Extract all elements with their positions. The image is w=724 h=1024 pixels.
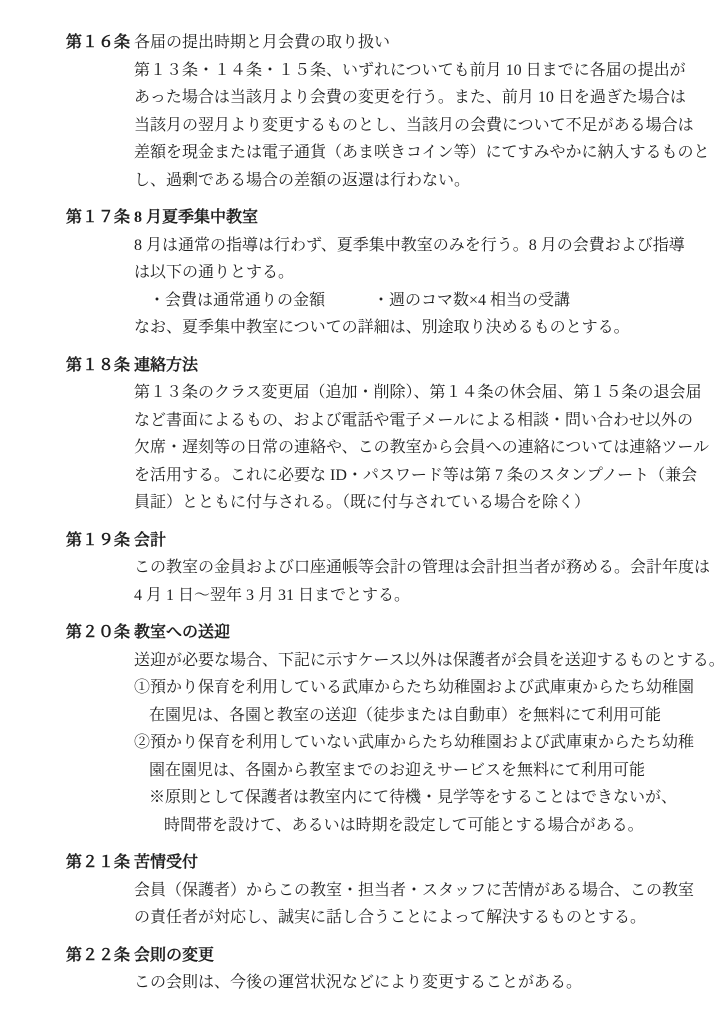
body-line: 差額を現金または電子通貨（あま咲きコイン等）にてすみやかに納入するものと <box>134 139 670 167</box>
document-page: 第１６条 各届の提出時期と月会費の取り扱い 第１３条・１４条・１５条、いずれにつ… <box>0 0 724 1024</box>
article-number: 第２０条 <box>66 619 134 839</box>
body-line: 時間帯を設けて、あるいは時期を設定して可能とする場合がある。 <box>134 812 670 840</box>
body-line: あった場合は当該月より会費の変更を行う。また、前月 10 日を過ぎた場合は <box>134 84 670 112</box>
article-number: 第１９条 <box>66 527 134 610</box>
article-title: 苦情受付 <box>134 849 670 877</box>
body-line: 当該月の翌月より変更するものとし、当該月の会費について不足がある場合は <box>134 112 670 140</box>
body-line-note: ※原則として保護者は教室内にて待機・見学等をすることはできないが、 <box>134 784 670 812</box>
body-line: 園在園児は、各園から教室までのお迎えサービスを無料にて利用可能 <box>134 757 670 785</box>
body-line: 4 月 1 日～翌年 3 月 31 日までとする。 <box>134 582 670 610</box>
body-line: 員証）とともに付与される。（既に付与されている場合を除く） <box>134 489 670 517</box>
article-body: 各届の提出時期と月会費の取り扱い 第１３条・１４条・１５条、いずれについても前月… <box>134 29 670 194</box>
article-21: 第２１条 苦情受付 会員（保護者）からこの教室・担当者・スタッフに苦情がある場合… <box>66 849 670 932</box>
article-body: 教室への送迎 送迎が必要な場合、下記に示すケース以外は保護者が会員を送迎するもの… <box>134 619 670 839</box>
body-line: 送迎が必要な場合、下記に示すケース以外は保護者が会員を送迎するものとする。 <box>134 647 670 675</box>
body-line: を活用する。これに必要な ID・パスワード等は第 7 条のスタンプノート（兼会 <box>134 462 670 490</box>
article-16: 第１６条 各届の提出時期と月会費の取り扱い 第１３条・１４条・１５条、いずれにつ… <box>66 29 670 194</box>
body-line: は以下の通りとする。 <box>134 259 670 287</box>
article-title: 会計 <box>134 527 670 555</box>
body-line: の責任者が対応し、誠実に話し合うことによって解決するものとする。 <box>134 904 670 932</box>
article-title: 8 月夏季集中教室 <box>134 204 670 232</box>
article-title: 会則の変更 <box>134 942 670 970</box>
body-line-item-1: ①預かり保育を利用している武庫からたち幼稚園および武庫東からたち幼稚園 <box>134 674 670 702</box>
article-22: 第２２条 会則の変更 この会則は、今後の運営状況などにより変更することがある。 <box>66 942 670 997</box>
body-line: 8 月は通常の指導は行わず、夏季集中教室のみを行う。8 月の会費および指導 <box>134 232 670 260</box>
article-number: 第２１条 <box>66 849 134 932</box>
body-line: 在園児は、各園と教室の送迎（徒歩または自動車）を無料にて利用可能 <box>134 702 670 730</box>
body-line: 欠席・遅刻等の日常の連絡や、この教室から会員への連絡については連絡ツール <box>134 434 670 462</box>
body-line: この会則は、今後の運営状況などにより変更することがある。 <box>134 969 670 997</box>
article-body: 会計 この教室の金員および口座通帳等会計の管理は会計担当者が務める。会計年度は … <box>134 527 670 610</box>
body-line: なお、夏季集中教室についての詳細は、別途取り決めるものとする。 <box>134 314 670 342</box>
article-title: 連絡方法 <box>134 352 670 380</box>
body-line: し、過剰である場合の差額の返還は行わない。 <box>134 167 670 195</box>
article-body: 苦情受付 会員（保護者）からこの教室・担当者・スタッフに苦情がある場合、この教室… <box>134 849 670 932</box>
article-18: 第１８条 連絡方法 第１３条のクラス変更届（追加・削除）、第１４条の休会届、第１… <box>66 352 670 517</box>
body-line: 第１３条・１４条・１５条、いずれについても前月 10 日までに各届の提出が <box>134 57 670 85</box>
article-body: 連絡方法 第１３条のクラス変更届（追加・削除）、第１４条の休会届、第１５条の退会… <box>134 352 670 517</box>
article-19: 第１９条 会計 この教室の金員および口座通帳等会計の管理は会計担当者が務める。会… <box>66 527 670 610</box>
body-line: この教室の金員および口座通帳等会計の管理は会計担当者が務める。会計年度は <box>134 554 670 582</box>
article-body: 8 月夏季集中教室 8 月は通常の指導は行わず、夏季集中教室のみを行う。8 月の… <box>134 204 670 342</box>
article-number: 第１７条 <box>66 204 134 342</box>
article-number: 第２２条 <box>66 942 134 997</box>
body-line-bullets: ・会費は通常通りの金額 ・週のコマ数×4 相当の受講 <box>134 287 670 315</box>
article-20: 第２０条 教室への送迎 送迎が必要な場合、下記に示すケース以外は保護者が会員を送… <box>66 619 670 839</box>
body-line: 第１３条のクラス変更届（追加・削除）、第１４条の休会届、第１５条の退会届 <box>134 379 670 407</box>
article-number: 第１８条 <box>66 352 134 517</box>
article-title: 教室への送迎 <box>134 619 670 647</box>
body-line: 会員（保護者）からこの教室・担当者・スタッフに苦情がある場合、この教室 <box>134 877 670 905</box>
article-17: 第１７条 8 月夏季集中教室 8 月は通常の指導は行わず、夏季集中教室のみを行う… <box>66 204 670 342</box>
article-number: 第１６条 <box>66 29 134 194</box>
body-line-item-2: ②預かり保育を利用していない武庫からたち幼稚園および武庫東からたち幼稚 <box>134 729 670 757</box>
article-body: 会則の変更 この会則は、今後の運営状況などにより変更することがある。 <box>134 942 670 997</box>
body-line: など書面によるもの、および電話や電子メールによる相談・問い合わせ以外の <box>134 407 670 435</box>
article-title: 各届の提出時期と月会費の取り扱い <box>134 29 670 57</box>
